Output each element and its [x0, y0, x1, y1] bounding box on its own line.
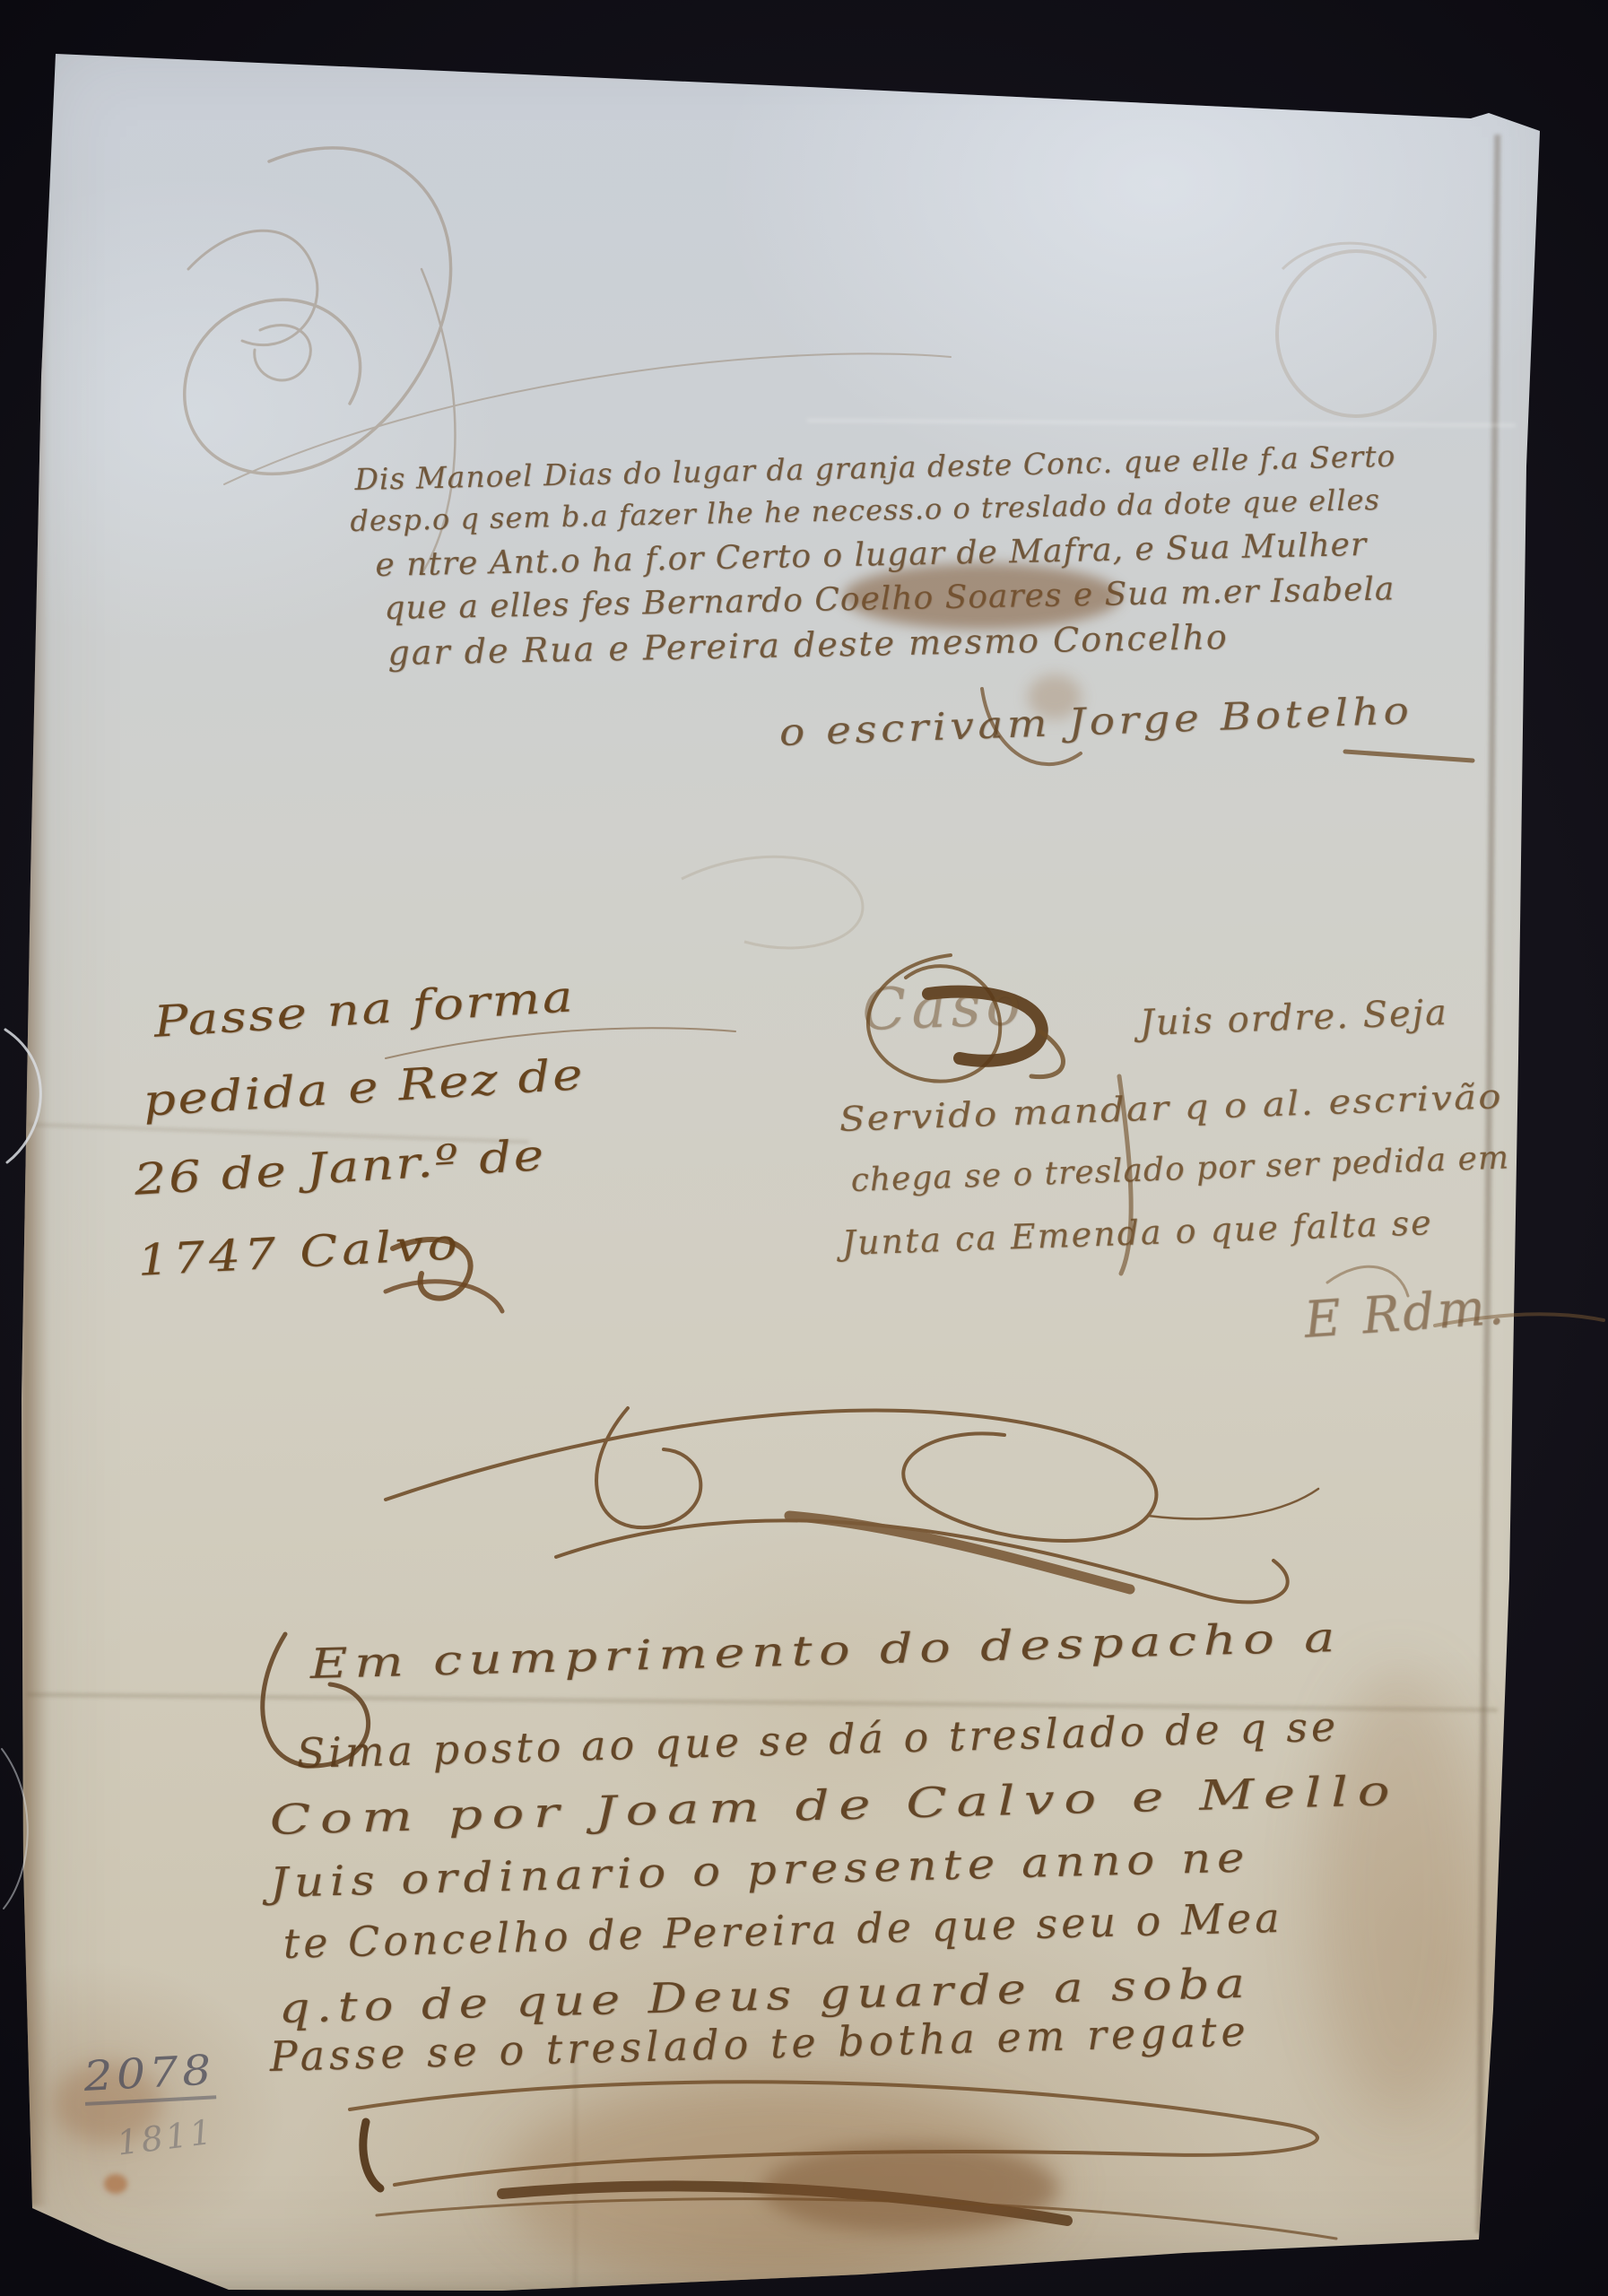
- decree-opening-word: Caso: [861, 972, 1027, 1044]
- bottom-ink-smudge: [762, 2144, 1058, 2233]
- ink-blot-smudge: [843, 563, 1121, 630]
- pencil-inventory-number: 2078: [83, 2045, 216, 2106]
- left-edge-browning: [22, 54, 48, 2206]
- photograph-background: Dis Manoel Dias do lugar da granja deste…: [0, 0, 1608, 2296]
- right-column-stain: [1318, 1668, 1480, 2117]
- top-right-fold-highlight: [807, 419, 1516, 427]
- rust-speck: [104, 2174, 127, 2194]
- right-fold-edge: [1476, 135, 1500, 2233]
